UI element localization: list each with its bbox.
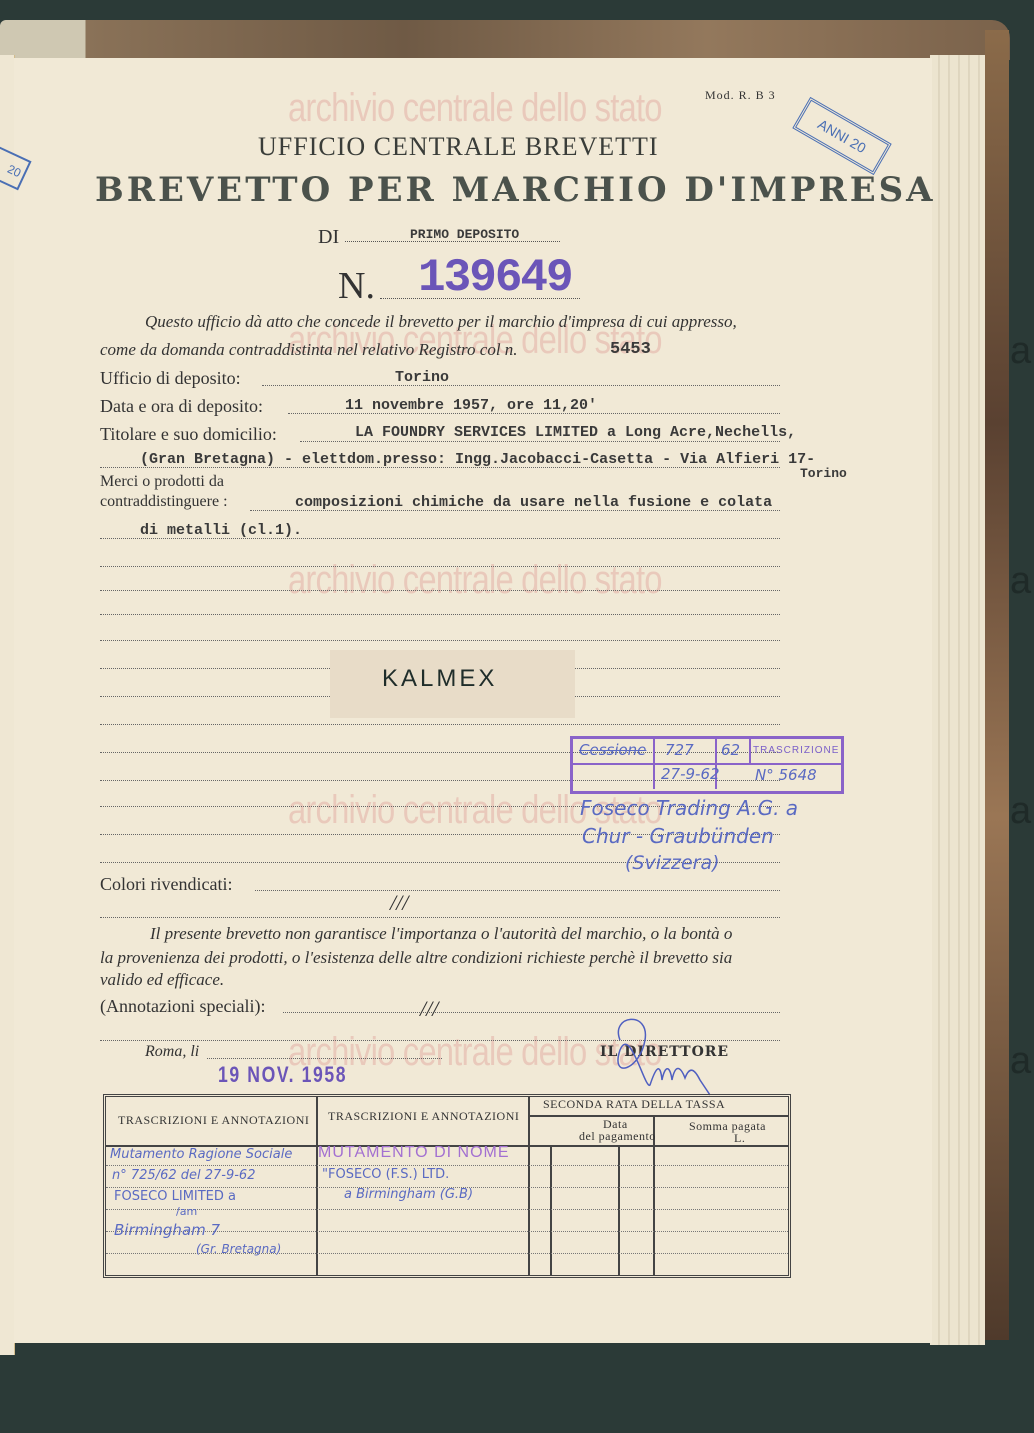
ufficio-label: Ufficio di deposito: (100, 368, 241, 389)
titolare-value-2: (Gran Bretagna) - elettdom.presso: Ingg.… (140, 451, 815, 468)
director-signature-icon (590, 1010, 730, 1100)
table-header-somma-unit: L. (734, 1131, 745, 1146)
col2-entry-1: "FOSECO (F.S.) LTD. (322, 1167, 449, 1182)
handwritten-assignee-3: (Svizzera) (625, 852, 720, 874)
watermark-edge: a (1010, 1040, 1031, 1083)
watermark-edge: a (1010, 330, 1031, 373)
stamp-year: 62 (721, 741, 740, 759)
stamp-trascrizione-number: N° 5648 (755, 766, 817, 784)
stamp-trascrizione-label: TRASCRIZIONE (753, 745, 839, 756)
watermark-edge: a (1010, 790, 1031, 833)
previous-page-edge (0, 55, 15, 1355)
dotted-line (300, 441, 780, 442)
col1-entry-5: Birmingham 7 (114, 1221, 220, 1239)
ufficio-value: Torino (395, 369, 449, 386)
disclaimer-line-1: Il presente brevetto non garantisce l'im… (150, 924, 732, 944)
dotted-line (100, 566, 780, 567)
form-model-code: Mod. R. B 3 (705, 88, 776, 103)
office-heading: UFFICIO CENTRALE BREVETTI (258, 132, 659, 162)
stamp-text: 20 (5, 162, 23, 180)
transcriptions-table: TRASCRIZIONI E ANNOTAZIONI TRASCRIZIONI … (103, 1094, 791, 1278)
table-header-somma: Somma pagata (689, 1119, 766, 1134)
dotted-line (255, 890, 780, 891)
colori-label: Colori rivendicati: (100, 874, 232, 895)
watermark-edge: a (1010, 560, 1031, 603)
table-header-transcriptions-2: TRASCRIZIONI E ANNOTAZIONI (328, 1109, 519, 1124)
trademark-name: KALMEX (382, 665, 497, 693)
watermark: archivio centrale dello stato (288, 86, 662, 131)
watermark: archivio centrale dello stato (288, 558, 662, 603)
book-binding-top (0, 20, 1010, 60)
col1-entry-4: /am (176, 1205, 197, 1218)
page-stack-edge (930, 55, 985, 1345)
document-title: BREVETTO PER MARCHIO D'IMPRESA (95, 170, 936, 210)
merci-label-1: Merci o prodotti da (100, 473, 224, 491)
merci-label-2: contraddistinguere : (100, 493, 228, 511)
dotted-line (100, 590, 780, 591)
deposit-type-value: PRIMO DEPOSITO (410, 227, 519, 242)
stamp-date: 27-9-62 (661, 765, 720, 783)
data-value: 11 novembre 1957, ore 11,20' (345, 397, 597, 414)
number-label: N. (338, 264, 375, 308)
table-header-data-2: del pagamento (579, 1129, 656, 1144)
col1-entry-1: Mutamento Ragione Sociale (110, 1147, 292, 1162)
dotted-line (100, 614, 780, 615)
table-header-transcriptions-1: TRASCRIZIONI E ANNOTAZIONI (118, 1113, 309, 1128)
merci-value-1: composizioni chimiche da usare nella fus… (295, 494, 772, 511)
book-binding-right (985, 30, 1009, 1340)
annotazioni-value: /// (420, 996, 438, 1022)
dotted-line (262, 385, 780, 386)
di-label: DI (318, 226, 339, 249)
disclaimer-line-2: la provenienza dei prodotti, o l'esisten… (100, 948, 732, 968)
stamp-number: 727 (665, 741, 694, 759)
handwritten-assignee-2: Chur - Graubünden (582, 824, 774, 848)
handwritten-assignee-1: Foseco Trading A.G. a (580, 796, 798, 820)
disclaimer-line-3: valido ed efficace. (100, 970, 224, 990)
stamp-cessione: Cessione (579, 741, 646, 759)
registro-number: 5453 (610, 340, 651, 359)
patent-number: 139649 (418, 252, 572, 304)
dotted-line (207, 1058, 442, 1059)
dotted-line (100, 917, 780, 918)
place-label: Roma, li (145, 1043, 199, 1061)
annotazioni-label: (Annotazioni speciali): (100, 996, 265, 1017)
data-label: Data e ora di deposito: (100, 396, 263, 417)
dotted-line (100, 640, 780, 641)
dotted-line (100, 724, 780, 725)
intro-line-2: come da domanda contraddistinta nel rela… (100, 340, 518, 360)
col1-entry-6: (Gr. Bretagna) (196, 1242, 281, 1256)
colori-value: /// (390, 890, 408, 916)
titolare-value-1: LA FOUNDRY SERVICES LIMITED a Long Acre,… (355, 424, 796, 441)
titolare-label: Titolare e suo domicilio: (100, 424, 277, 445)
issue-date-stamp: 19 NOV. 1958 (218, 1062, 347, 1088)
col2-stamp: MUTAMENTO DI NOME (318, 1144, 510, 1162)
merci-value-2: di metalli (cl.1). (140, 522, 302, 539)
titolare-value-3: Torino (800, 466, 847, 481)
col1-entry-2: n° 725/62 del 27-9-62 (112, 1168, 255, 1183)
transcription-stamp: Cessione 727 62 27-9-62 TRASCRIZIONE N° … (570, 736, 844, 794)
intro-line-1: Questo ufficio dà atto che concede il br… (145, 312, 737, 332)
col2-entry-2: a Birmingham (G.B) (344, 1187, 473, 1202)
col1-entry-3: FOSECO LIMITED a (114, 1189, 236, 1204)
table-header-seconda-rata: SECONDA RATA DELLA TASSA (543, 1097, 725, 1112)
